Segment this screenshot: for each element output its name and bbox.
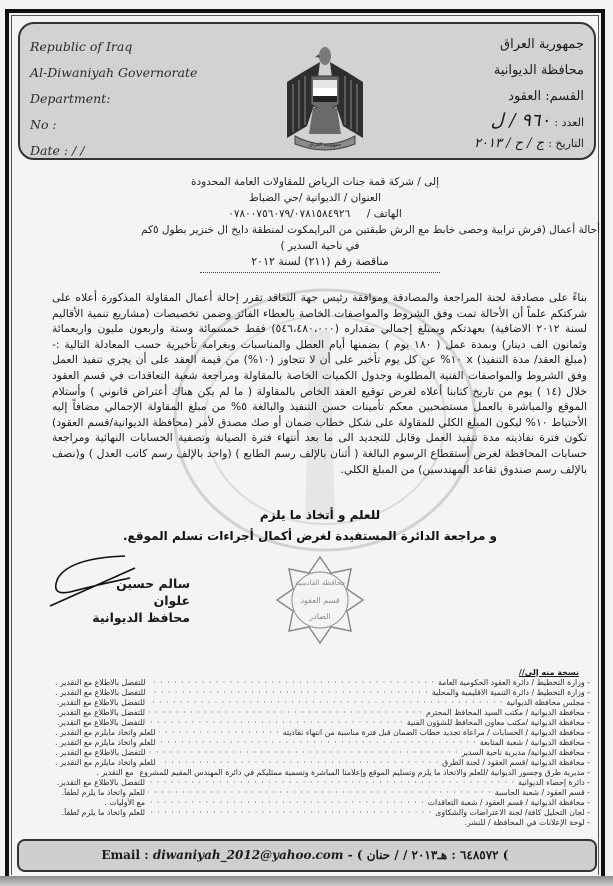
number-label: No : <box>30 112 197 138</box>
department-ar: القسم: العقود <box>474 84 584 110</box>
list-item: - محافظة الديوانية / مكتب السيد المحافظ … <box>55 708 590 718</box>
subject-line-2: في ناحية السدير ) <box>220 238 420 254</box>
letterhead-arabic: جمهورية العراق محافظة الديوانية القسم: ا… <box>474 32 584 154</box>
number-value: ٩٦٠ / ل <box>491 110 551 131</box>
iraq-eagle-emblem-icon: جمهورية العراق <box>273 42 377 152</box>
number-field: العدد : ٩٦٠ / ل <box>474 110 584 134</box>
list-item: - وزارة التخطيط / دائرة التنمية الاقليمي… <box>55 688 590 698</box>
letterhead-english: Republic of Iraq Al-Diwaniyah Governorat… <box>30 34 197 164</box>
governorate-ar: محافظة الديوانية <box>474 58 584 84</box>
list-item: - دائرة إحصاء الديوانيةللتفضل بالاطلاع م… <box>55 778 590 788</box>
list-item: - محافظة الديوانية/ مديرية ناحية السديرل… <box>55 748 590 758</box>
svg-text:جمهورية العراق: جمهورية العراق <box>309 142 341 148</box>
list-item: - وزارة التخطيط / دائرة العقود الحكومية … <box>55 678 590 688</box>
list-item: - محافظة الديوانية / شعبة المتابعةللعلم … <box>55 738 590 748</box>
governorate-en: Al-Diwaniyah Governorate <box>30 60 197 86</box>
signatory-title: محافظ الديوانية <box>80 609 190 626</box>
closing-line-2: و مراجعة الدائرة المستفيدة لغرض أكمال أج… <box>100 529 520 543</box>
closing-line-1: للعلم و أتخاذ ما يلزم <box>190 508 450 522</box>
phone-value: ٠٧٨٠٠٧٥٦٠٧٩/٠٧٨١٥٨٤٩٢٦ <box>228 208 350 220</box>
list-item: - مديرية طرق وجسور الديوانية /للعلم والا… <box>55 768 590 778</box>
list-item: - محافظة الديوانية / قسم العقود / شعبة ا… <box>55 798 590 808</box>
date-value: ج / ح / ٢٠١٣ <box>474 136 544 151</box>
addressee-phone: الهاتف / ٠٧٨٠٠٧٥٦٠٧٩/٠٧٨١٥٨٤٩٢٦ <box>150 206 480 222</box>
list-item: - محافظة الديوانية /مكتب معاون المحافظ ل… <box>55 718 590 728</box>
tender-number: مناقصة رقم (٢١١) لسنة ٢٠١٢ <box>200 254 440 273</box>
footer-phone: ) ٦٤٨٥٧٢ : هـ <box>437 848 512 862</box>
subject-line: أحالة أعمال (فرش ترابية وحصى خابط مع الر… <box>60 222 600 238</box>
addressee-address: العنوان / الديوانية /حي الضباط <box>150 190 480 206</box>
email-label: Email : <box>101 848 148 862</box>
email-address: diwaniyah_2012@yahoo.com <box>153 848 344 862</box>
copies-heading: نسخة منه إلى// <box>519 668 579 677</box>
signatory: سالم حسين علوان محافظ الديوانية <box>80 575 190 626</box>
country-en: Republic of Iraq <box>30 34 197 60</box>
body-paragraph: بناءً على مصادقة لجنة المراجعة والمصادقة… <box>52 290 587 477</box>
list-item: - لوحة الإعلانات في المحافظة / للنشر. <box>55 818 590 828</box>
document-page: Republic of Iraq Al-Diwaniyah Governorat… <box>0 0 613 886</box>
footer-bar: Email : diwaniyah_2012@yahoo.com - ( ٢٠١… <box>17 839 597 872</box>
copies-list: - وزارة التخطيط / دائرة العقود الحكومية … <box>55 678 590 828</box>
list-item: - قسم العقود / شعبة الحاسبةللعلم واتخاذ … <box>55 788 590 798</box>
list-item: - مجلس محافظة الديوانيةللتفضل بالاطلاع م… <box>55 698 590 708</box>
date-label: Date : / / <box>30 138 197 164</box>
list-item: - لجان التحليل كافة/ لجنة الاعتراضات وال… <box>55 808 590 818</box>
list-item: - محافظة الديوانية /قسم العقود / لجنة ال… <box>55 758 590 768</box>
date-field: التاريخ : ج / ح / ٢٠١٣ <box>474 134 584 154</box>
signatory-name: سالم حسين علوان <box>80 575 190 609</box>
list-item: - محافظة الديوانية / الحسابات / مراعاة ت… <box>55 728 590 738</box>
addressee-company: إلى / شركة قمة جنات الرياض للمقاولات الع… <box>150 174 480 190</box>
country-ar: جمهورية العراق <box>474 32 584 58</box>
scan-edge <box>0 876 613 886</box>
footer-date: ٢٠١٣ / / حنان <box>367 848 438 862</box>
department-label: Department: <box>30 86 197 112</box>
letterhead: Republic of Iraq Al-Diwaniyah Governorat… <box>18 22 596 160</box>
